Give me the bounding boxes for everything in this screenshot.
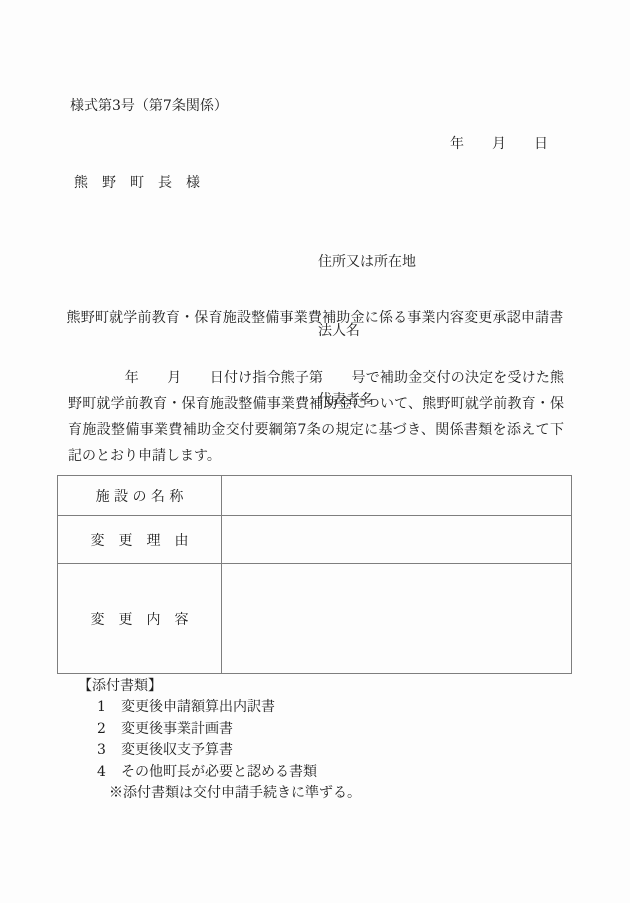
form-number: 様式第3号（第7条関係）: [70, 95, 228, 115]
table-row-facility-name: 施 設 の 名 称: [58, 476, 571, 515]
document-page: 様式第3号（第7条関係） 年 月 日 熊 野 町 長 様 住所又は所在地 法人名…: [0, 0, 630, 903]
facility-name-label: 施 設 の 名 称: [58, 476, 222, 515]
attachment-item: 1 変更後申請額算出内訳書: [97, 697, 361, 718]
attachment-item: 3 変更後収支予算書: [97, 740, 361, 761]
addressee-line: 熊 野 町 長 様: [74, 172, 200, 192]
attachments-note: ※添付書類は交付申請手続きに準ずる。: [109, 783, 361, 804]
attachment-label: 変更後申請額算出内訳書: [121, 697, 275, 718]
body-paragraph: 年 月 日付け指令熊子第 号で補助金交付の決定を受けた熊野町就学前教育・保育施設…: [68, 365, 564, 469]
attachment-label: その他町長が必要と認める書類: [121, 762, 317, 783]
change-reason-value: [222, 516, 571, 563]
attachment-item: 2 変更後事業計画書: [97, 719, 361, 740]
attachment-item: 4 その他町長が必要と認める書類: [97, 762, 361, 783]
attachments-section: 【添付書類】 1 変更後申請額算出内訳書 2 変更後事業計画書 3 変更後収支予…: [78, 676, 361, 804]
table-row-change-reason: 変 更 理 由: [58, 515, 571, 563]
change-details-label: 変 更 内 容: [58, 564, 222, 673]
attachment-number: 1: [97, 697, 121, 718]
address-label: 住所又は所在地: [318, 251, 416, 274]
document-title: 熊野町就学前教育・保育施設整備事業費補助金に係る事業内容変更承認申請書: [0, 307, 630, 327]
attachment-number: 4: [97, 762, 121, 783]
attachments-header: 【添付書類】: [78, 676, 361, 697]
table-row-change-details: 変 更 内 容: [58, 563, 571, 673]
date-line: 年 月 日: [0, 133, 548, 153]
change-details-value: [222, 564, 571, 673]
facility-name-value: [222, 476, 571, 515]
application-table: 施 設 の 名 称 変 更 理 由 変 更 内 容: [57, 475, 572, 674]
attachment-number: 3: [97, 740, 121, 761]
attachment-label: 変更後収支予算書: [121, 740, 233, 761]
change-reason-label: 変 更 理 由: [58, 516, 222, 563]
attachment-label: 変更後事業計画書: [121, 719, 233, 740]
attachment-number: 2: [97, 719, 121, 740]
